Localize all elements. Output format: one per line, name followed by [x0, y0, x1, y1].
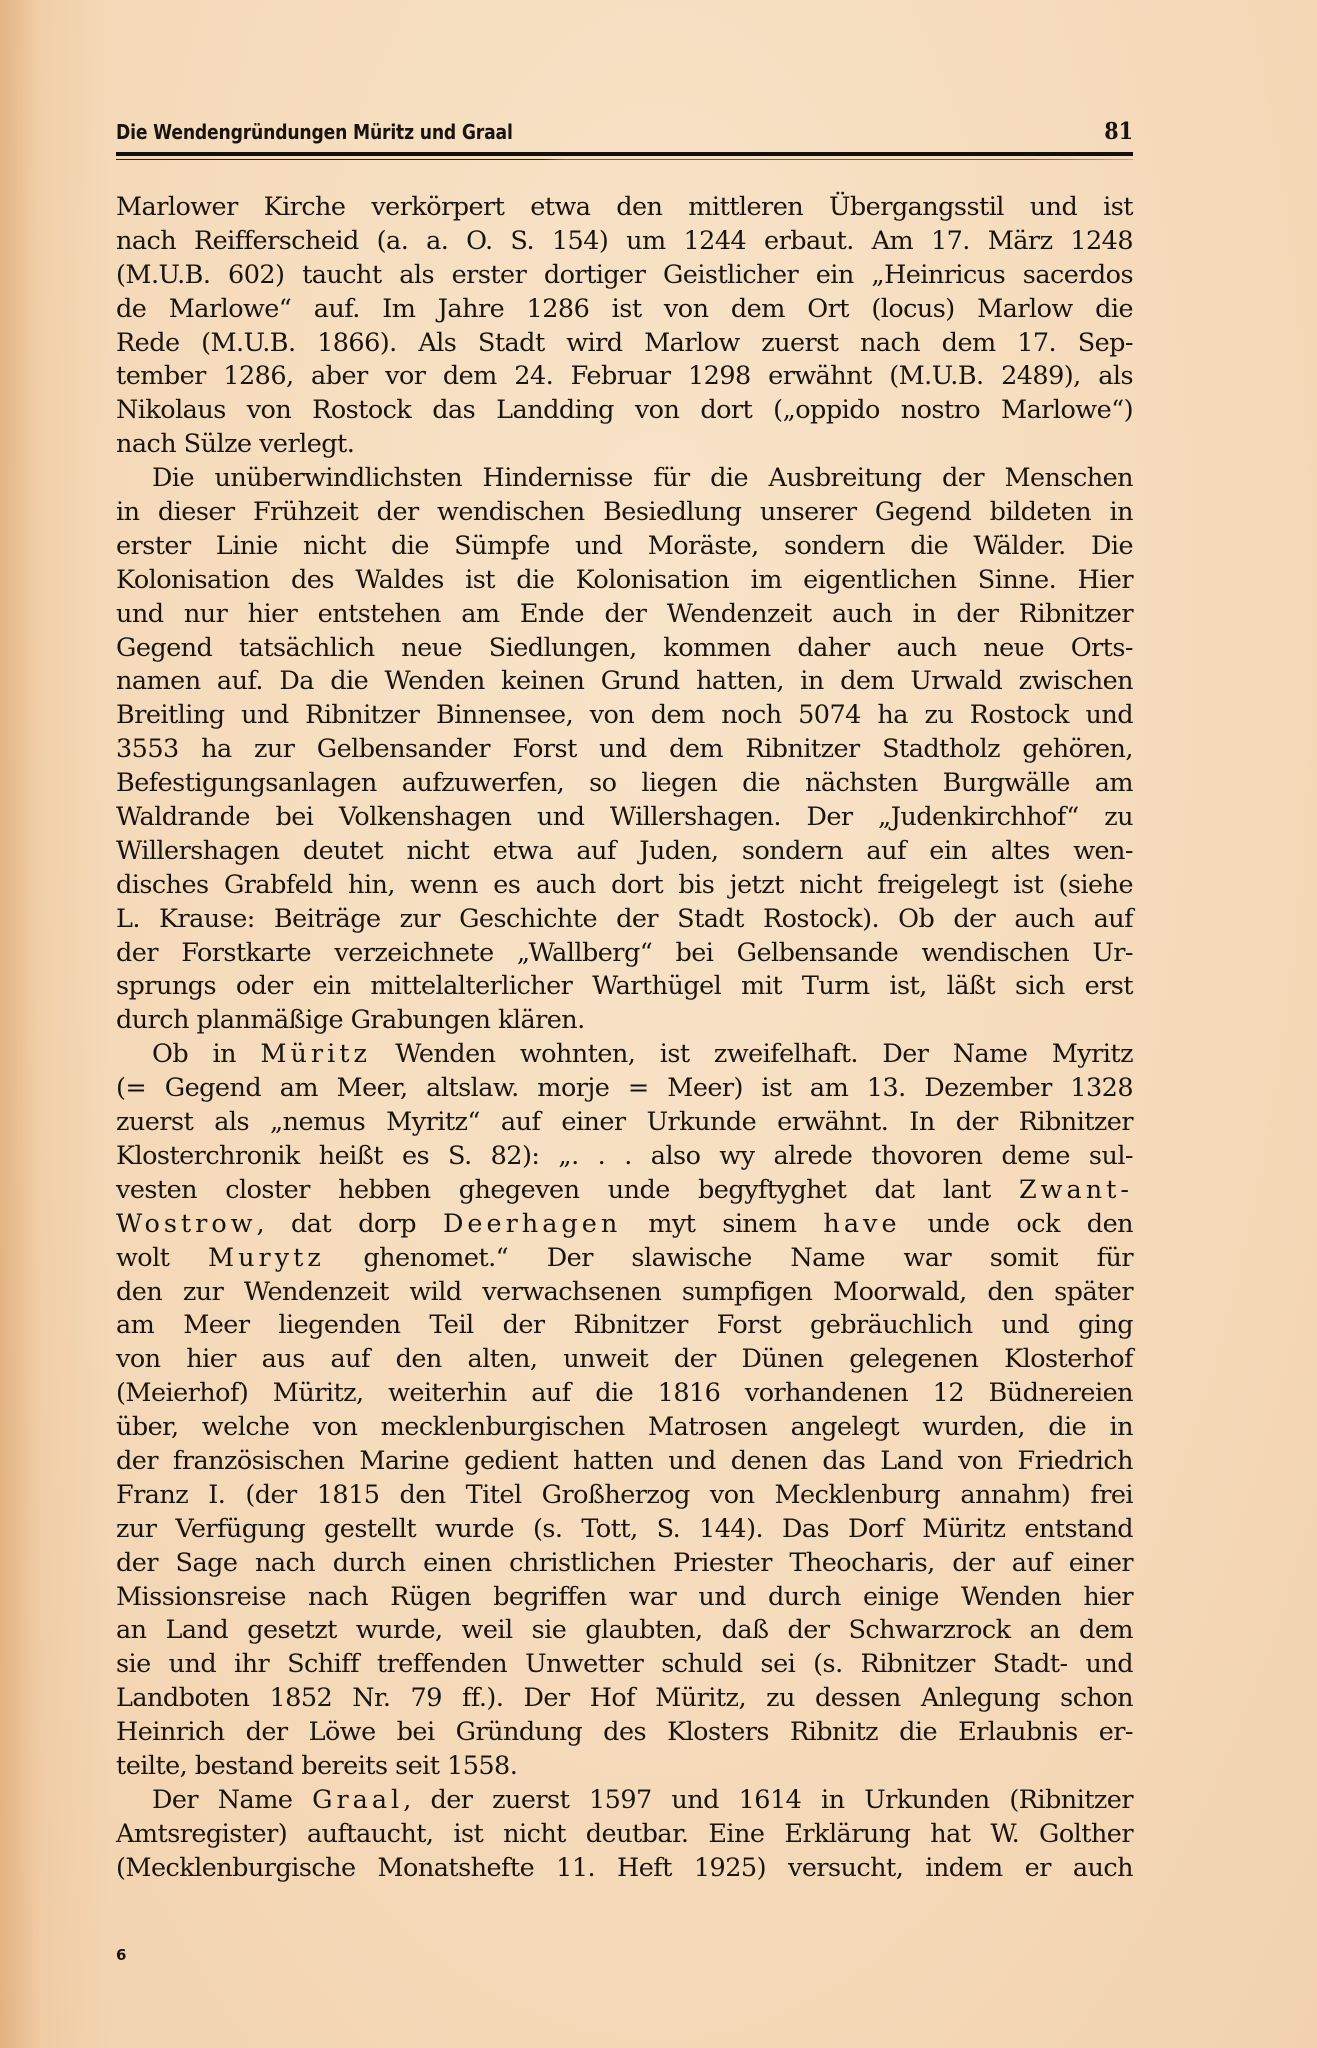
text-line: Der Name Graal, der zuerst 1597 und 1614… — [116, 1784, 1133, 1818]
text-line: nach Sülze verlegt. — [116, 428, 1133, 462]
text-line: (Mecklenburgische Monatshefte 11. Heft 1… — [116, 1852, 1133, 1886]
text-line: von hier aus auf den alten, unweit der D… — [116, 1343, 1133, 1377]
text-line: tember 1286, aber vor dem 24. Februar 12… — [116, 360, 1133, 394]
text-line: Ob in Müritz Wenden wohnten, ist zweifel… — [116, 1038, 1133, 1072]
text-line: Franz I. (der 1815 den Titel Großherzog … — [116, 1479, 1133, 1513]
text-line: und nur hier entstehen am Ende der Wende… — [116, 598, 1133, 632]
text-line: an Land gesetzt wurde, weil sie glaubten… — [116, 1614, 1133, 1648]
text-line: vesten closter hebben ghegeven unde begy… — [116, 1174, 1133, 1208]
text-line: durch planmäßige Grabungen klären. — [116, 1004, 1133, 1038]
spaced-emphasis: Zwant- — [1019, 1175, 1133, 1205]
text-line: den zur Wendenzeit wild verwachsenen sum… — [116, 1276, 1133, 1310]
text-line: über, welche von mecklenburgischen Matro… — [116, 1411, 1133, 1445]
text-line: nach Reifferscheid (a. a. O. S. 154) um … — [116, 225, 1133, 259]
text-line: erster Linie nicht die Sümpfe und Moräst… — [116, 530, 1133, 564]
text-line: Amtsregister) auftaucht, ist nicht deutb… — [116, 1818, 1133, 1852]
text-line: disches Grabfeld hin, wenn es auch dort … — [116, 869, 1133, 903]
text-line: (M.U.B. 602) taucht als erster dortiger … — [116, 259, 1133, 293]
text-line: (= Gegend am Meer, altslaw. morje = Meer… — [116, 1072, 1133, 1106]
header-rule-thick — [116, 152, 1133, 156]
text-line: L. Krause: Beiträge zur Geschichte der S… — [116, 903, 1133, 937]
text-line: Missionsreise nach Rügen begriffen war u… — [116, 1581, 1133, 1615]
body-text: Marlower Kirche verkörpert etwa den mitt… — [116, 191, 1133, 1886]
text-line: Breitling und Ribnitzer Binnensee, von d… — [116, 699, 1133, 733]
spaced-emphasis: Deerhagen — [443, 1209, 621, 1239]
text-line: Rede (M.U.B. 1866). Als Stadt wird Marlo… — [116, 327, 1133, 361]
text-line: teilte, bestand bereits seit 1558. — [116, 1750, 1133, 1784]
text-line: 3553 ha zur Gelbensander Forst und dem R… — [116, 733, 1133, 767]
text-line: Die unüberwindlichsten Hindernisse für d… — [116, 462, 1133, 496]
text-line: sprungs oder ein mittelalterlicher Warth… — [116, 970, 1133, 1004]
header-rule-thin — [116, 159, 1133, 160]
text-line: Nikolaus von Rostock das Landding von do… — [116, 394, 1133, 428]
text-line: der französischen Marine gedient hatten … — [116, 1445, 1133, 1479]
text-line: Wostrow, dat dorp Deerhagen myt sinem ha… — [116, 1208, 1133, 1242]
text-line: zur Verfügung gestellt wurde (s. Tott, S… — [116, 1513, 1133, 1547]
spaced-emphasis: Müritz — [260, 1039, 371, 1069]
text-line: in dieser Frühzeit der wendischen Besied… — [116, 496, 1133, 530]
text-line: zuerst als „nemus Myritz“ auf einer Urku… — [116, 1106, 1133, 1140]
text-line: Landboten 1852 Nr. 79 ff.). Der Hof Müri… — [116, 1682, 1133, 1716]
text-line: Kolonisation des Waldes ist die Kolonisa… — [116, 564, 1133, 598]
signature-mark: 6 — [116, 1946, 126, 1964]
text-line: Befestigungsanlagen aufzuwerfen, so lieg… — [116, 767, 1133, 801]
book-page: Die Wendengründungen Müritz und Graal 81… — [116, 118, 1133, 1886]
text-line: der Sage nach durch einen christlichen P… — [116, 1547, 1133, 1581]
running-title: Die Wendengründungen Müritz und Graal — [116, 120, 513, 144]
text-line: Marlower Kirche verkörpert etwa den mitt… — [116, 191, 1133, 225]
spaced-emphasis: Murytz — [208, 1243, 325, 1273]
text-line: Heinrich der Löwe bei Gründung des Klost… — [116, 1716, 1133, 1750]
text-line: am Meer liegenden Teil der Ribnitzer For… — [116, 1309, 1133, 1343]
spaced-emphasis: Wostrow — [116, 1209, 257, 1239]
spaced-emphasis: have — [823, 1209, 900, 1239]
text-line: Willershagen deutet nicht etwa auf Juden… — [116, 835, 1133, 869]
text-line: Klosterchronik heißt es S. 82): „. . . a… — [116, 1140, 1133, 1174]
text-line: (Meierhof) Müritz, weiterhin auf die 181… — [116, 1377, 1133, 1411]
spaced-emphasis: Graal — [312, 1785, 403, 1815]
text-line: Gegend tatsächlich neue Siedlungen, komm… — [116, 632, 1133, 666]
text-line: sie und ihr Schiff treffenden Unwetter s… — [116, 1648, 1133, 1682]
text-line: namen auf. Da die Wenden keinen Grund ha… — [116, 665, 1133, 699]
text-line: wolt Murytz ghenomet.“ Der slawische Nam… — [116, 1242, 1133, 1276]
running-head: Die Wendengründungen Müritz und Graal 81 — [116, 118, 1133, 148]
text-line: der Forstkarte verzeichnete „Wallberg“ b… — [116, 937, 1133, 971]
text-line: Waldrande bei Volkenshagen und Willersha… — [116, 801, 1133, 835]
page-number: 81 — [1104, 118, 1133, 145]
text-line: de Marlowe“ auf. Im Jahre 1286 ist von d… — [116, 293, 1133, 327]
